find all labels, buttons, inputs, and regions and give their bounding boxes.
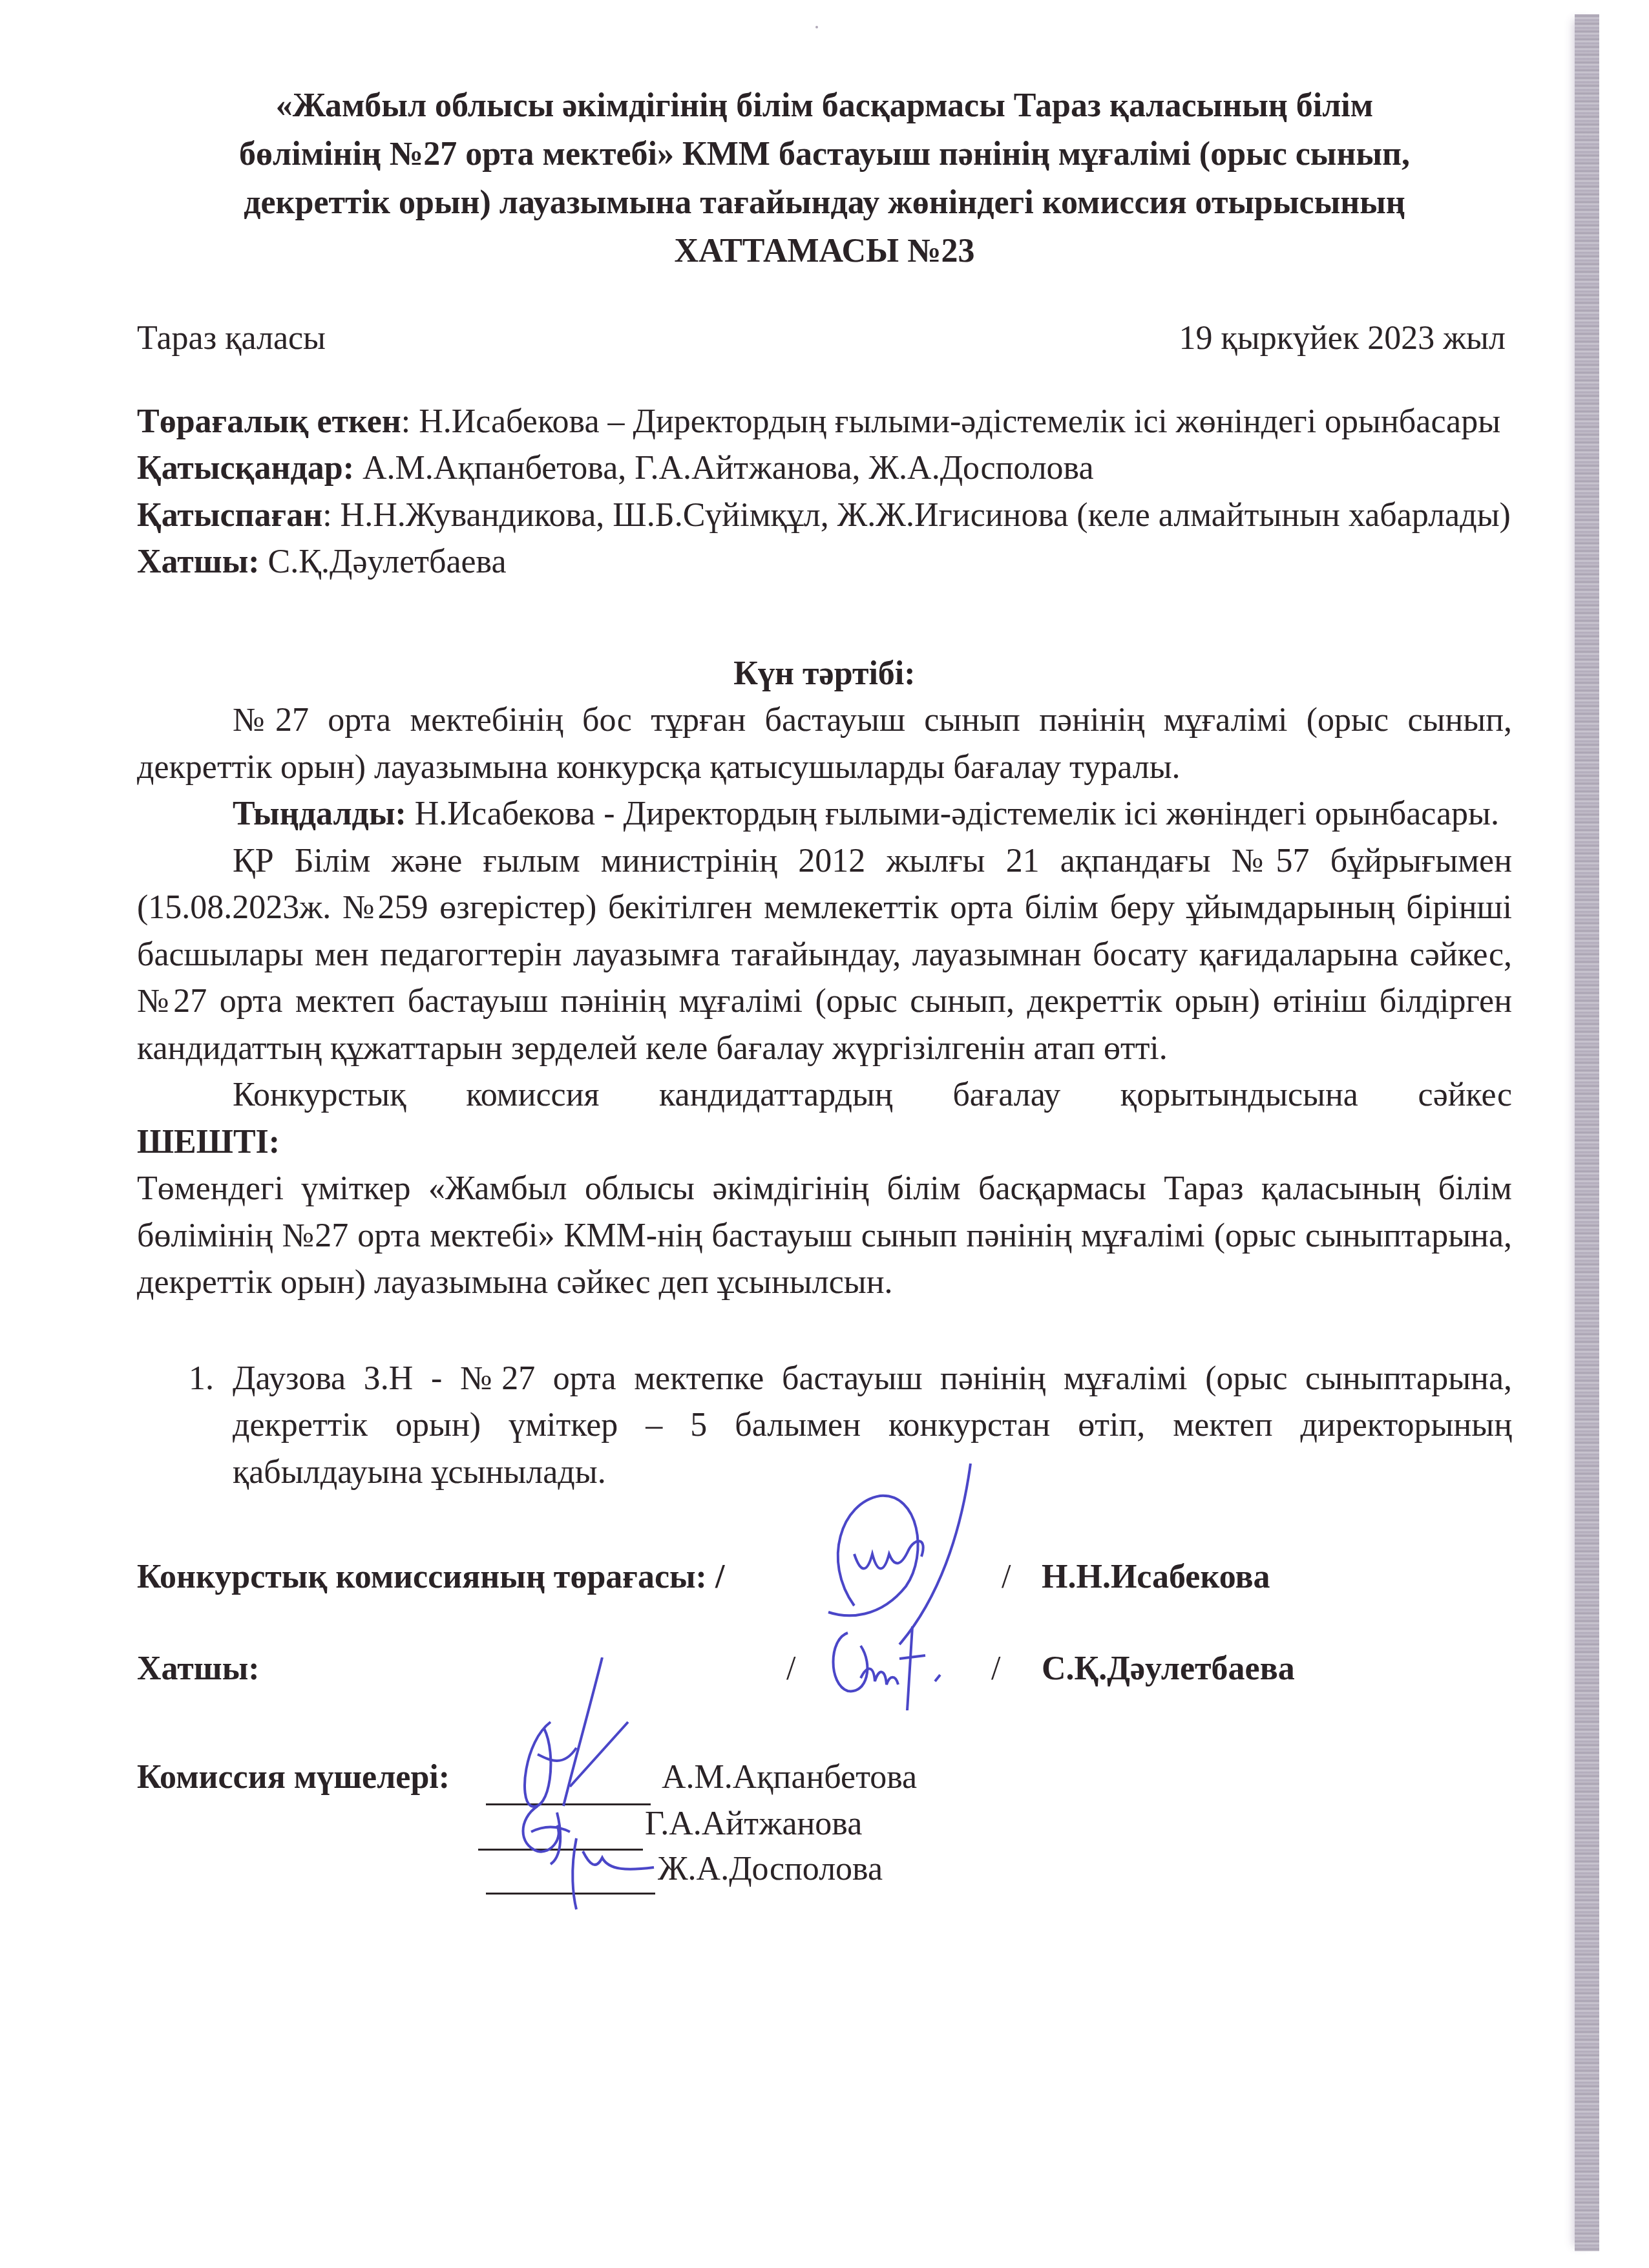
chair-value: : Н.Исабекова – Директордың ғылыми-әдіст… xyxy=(401,403,1500,440)
city: Тараз қаласы xyxy=(137,315,326,362)
agenda-heading: Күн тәртібі: xyxy=(137,651,1512,698)
chair-name: Н.Н.Исабекова xyxy=(1042,1554,1270,1601)
title-line-2: бөлімінің №27 орта мектебі» КММ бастауыш… xyxy=(143,130,1506,178)
chair-signature-separator: / xyxy=(1002,1554,1011,1601)
regulation-paragraph: ҚР Білім және ғылым министрінің 2012 жыл… xyxy=(137,838,1512,1073)
secretary-separator-right: / xyxy=(991,1646,1000,1693)
date: 19 қыркүйек 2023 жыл xyxy=(1179,315,1506,362)
title-line-1: «Жамбыл облысы әкімдігінің білім басқарм… xyxy=(143,81,1506,130)
candidate-item: Даузова З.Н - №27 орта мектепке бастауыш… xyxy=(233,1356,1512,1496)
present-label: Қатысқандар: xyxy=(137,450,354,487)
agenda-item: №27 орта мектебінің бос тұрған бастауыш … xyxy=(137,697,1512,791)
absent-label: Қатыспаған xyxy=(137,497,322,534)
commission-paragraph: Конкурстық комиссия кандидаттардың бағал… xyxy=(137,1072,1512,1119)
decision-paragraph: Төмендегі үміткер «Жамбыл облысы әкімдіг… xyxy=(137,1166,1512,1307)
member-2-signature-line xyxy=(478,1849,643,1851)
present-value: А.М.Ақпанбетова, Г.А.Айтжанова, Ж.А.Досп… xyxy=(354,450,1093,487)
chair-line: Төрағалық еткен: Н.Исабекова – Директорд… xyxy=(137,399,1512,446)
members-block: Комиссия мүшелері: А.М.Ақпанбетова Г.А.А… xyxy=(137,1754,1512,1909)
present-line: Қатысқандар: А.М.Ақпанбетова, Г.А.Айтжан… xyxy=(137,445,1512,492)
chair-signature-row: Конкурстық комиссияның төрағасы: / / Н.Н… xyxy=(137,1554,1512,1601)
secretary-line: Хатшы: С.Қ.Дәулетбаева xyxy=(137,539,1512,586)
signature-section: Конкурстық комиссияның төрағасы: / / Н.Н… xyxy=(137,1554,1512,1692)
chair-label: Төрағалық еткен xyxy=(137,403,401,440)
member-3-name: Ж.А.Досполова xyxy=(658,1846,883,1893)
heard-label: Тыңдалды: xyxy=(233,795,406,832)
secretary-signature-ink xyxy=(822,1620,964,1717)
member-2-name: Г.А.Айтжанова xyxy=(645,1801,862,1848)
document-title: «Жамбыл облысы әкімдігінің білім басқарм… xyxy=(137,81,1512,275)
secretary-separator-left: / xyxy=(786,1646,795,1693)
protocol-document: «Жамбыл облысы әкімдігінің білім басқарм… xyxy=(137,81,1512,1909)
candidate-number: 1. xyxy=(189,1356,214,1403)
secretary-value: С.Қ.Дәулетбаева xyxy=(260,543,507,580)
attendance-block: Төрағалық еткен: Н.Исабекова – Директорд… xyxy=(137,399,1512,586)
candidate-list: 1. Даузова З.Н - №27 орта мектепке баста… xyxy=(137,1356,1512,1496)
scan-dust-mark xyxy=(815,26,818,28)
member-1-signature-line xyxy=(486,1803,651,1805)
heard-value: Н.Исабекова - Директордың ғылыми-әдістем… xyxy=(406,795,1499,832)
member-3-signature-line xyxy=(486,1893,655,1895)
place-date-row: Тараз қаласы 19 қыркүйек 2023 жыл xyxy=(137,315,1512,362)
title-line-4-protocol-number: ХАТТАМАСЫ №23 xyxy=(143,227,1506,275)
decided-label: ШЕШТІ: xyxy=(137,1119,1512,1166)
member-1-name: А.М.Ақпанбетова xyxy=(662,1754,917,1801)
heard-line: Тыңдалды: Н.Исабекова - Директордың ғылы… xyxy=(137,791,1512,838)
scanner-edge-strip xyxy=(1575,14,1599,2251)
members-label: Комиссия мүшелері: xyxy=(137,1754,450,1801)
chair-signature-label: Конкурстық комиссияның төрағасы: / xyxy=(137,1554,724,1601)
secretary-signature-label: Хатшы: xyxy=(137,1646,260,1693)
secretary-name: С.Қ.Дәулетбаева xyxy=(1042,1646,1295,1693)
absent-value: : Н.Н.Жувандикова, Ш.Б.Сүйімқұл, Ж.Ж.Иги… xyxy=(322,497,1511,534)
secretary-signature-row: Хатшы: / / С.Қ.Дәулетбаева xyxy=(137,1646,1512,1692)
secretary-label: Хатшы: xyxy=(137,543,260,580)
absent-line: Қатыспаған: Н.Н.Жувандикова, Ш.Б.Сүйімқұ… xyxy=(137,492,1512,540)
title-line-3: декреттік орын) лауазымына тағайындау жө… xyxy=(143,178,1506,227)
